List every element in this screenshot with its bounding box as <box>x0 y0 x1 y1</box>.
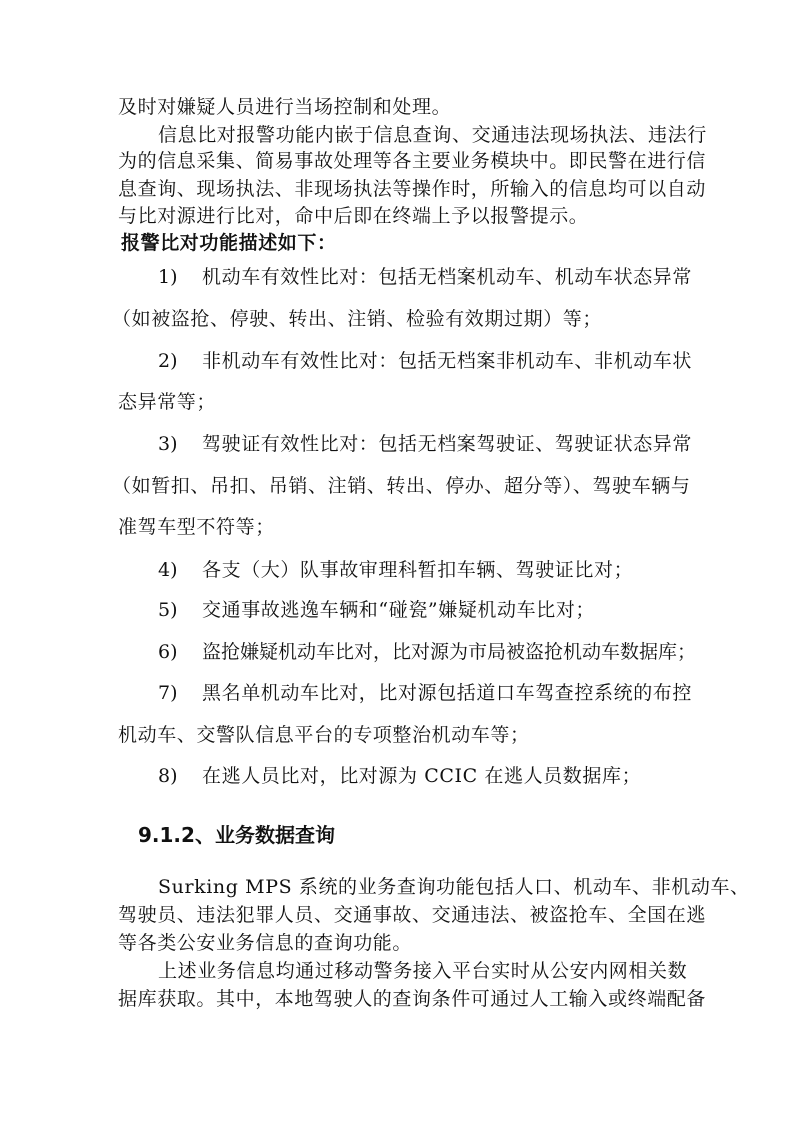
document-page: 及时对嫌疑人员进行当场控制和处理。 信息比对报警功能内嵌于信息查询、交通违法现场… <box>0 0 793 1122</box>
paragraph-line: 据库获取。其中，本地驾驶人的查询条件可通过人工输入或终端配备 <box>118 986 673 1012</box>
paragraph-line: 信息比对报警功能内嵌于信息查询、交通违法现场执法、违法行 <box>118 122 673 148</box>
section-heading: 9.1.2、业务数据查询 <box>138 821 335 849</box>
list-item-text: 非机动车有效性比对：包括无档案非机动车、非机动车状 <box>202 348 673 374</box>
paragraph-line: 驾驶员、违法犯罪人员、交通事故、交通违法、被盗抢车、全国在逃 <box>118 902 673 928</box>
list-item-text: （如暂扣、吊扣、吊销、注销、转出、停办、超分等）、驾驶车辆与 <box>112 473 673 499</box>
paragraph-line: 上述业务信息均通过移动警务接入平台实时从公安内网相关数 <box>118 958 673 984</box>
list-item-number: 1) <box>158 264 178 290</box>
paragraph-line: 及时对嫌疑人员进行当场控制和处理。 <box>118 94 673 120</box>
list-item-text: 机动车有效性比对：包括无档案机动车、机动车状态异常 <box>202 264 673 290</box>
list-item-text: （如被盗抢、停驶、转出、注销、检验有效期过期）等； <box>112 306 667 332</box>
list-item-number: 7) <box>158 680 178 706</box>
list-item-text: 盗抢嫌疑机动车比对，比对源为市局被盗抢机动车数据库； <box>202 639 673 665</box>
list-item-text: 各支（大）队事故审理科暂扣车辆、驾驶证比对； <box>202 557 673 583</box>
list-item-number: 3) <box>158 431 178 457</box>
paragraph-line: Surking MPS 系统的业务查询功能包括人口、机动车、非机动车、 <box>118 874 673 900</box>
list-item-number: 2) <box>158 348 178 374</box>
list-item-number: 4) <box>158 557 178 583</box>
list-item-text: 交通事故逃逸车辆和“碰瓷”嫌疑机动车比对； <box>202 597 673 623</box>
list-item-text: 在逃人员比对，比对源为 CCIC 在逃人员数据库； <box>202 763 673 789</box>
list-item-text: 机动车、交警队信息平台的专项整治机动车等； <box>118 722 673 748</box>
paragraph-line: 等各类公安业务信息的查询功能。 <box>118 930 673 956</box>
paragraph-line: 为的信息采集、简易事故处理等各主要业务模块中。即民警在进行信 <box>118 148 673 174</box>
list-item-number: 6) <box>158 639 178 665</box>
list-item-text: 驾驶证有效性比对：包括无档案驾驶证、驾驶证状态异常 <box>202 431 673 457</box>
list-item-text: 准驾车型不符等； <box>118 514 673 540</box>
list-item-number: 5) <box>158 597 178 623</box>
list-item-text: 黑名单机动车比对，比对源包括道口车驾查控系统的布控 <box>202 680 673 706</box>
list-item-text: 态异常等； <box>118 389 673 415</box>
paragraph-line: 与比对源进行比对，命中后即在终端上予以报警提示。 <box>118 203 673 229</box>
list-item-number: 8) <box>158 763 178 789</box>
features-heading: 报警比对功能描述如下： <box>118 230 676 256</box>
paragraph-line: 息查询、现场执法、非现场执法等操作时，所输入的信息均可以自动 <box>118 176 673 202</box>
